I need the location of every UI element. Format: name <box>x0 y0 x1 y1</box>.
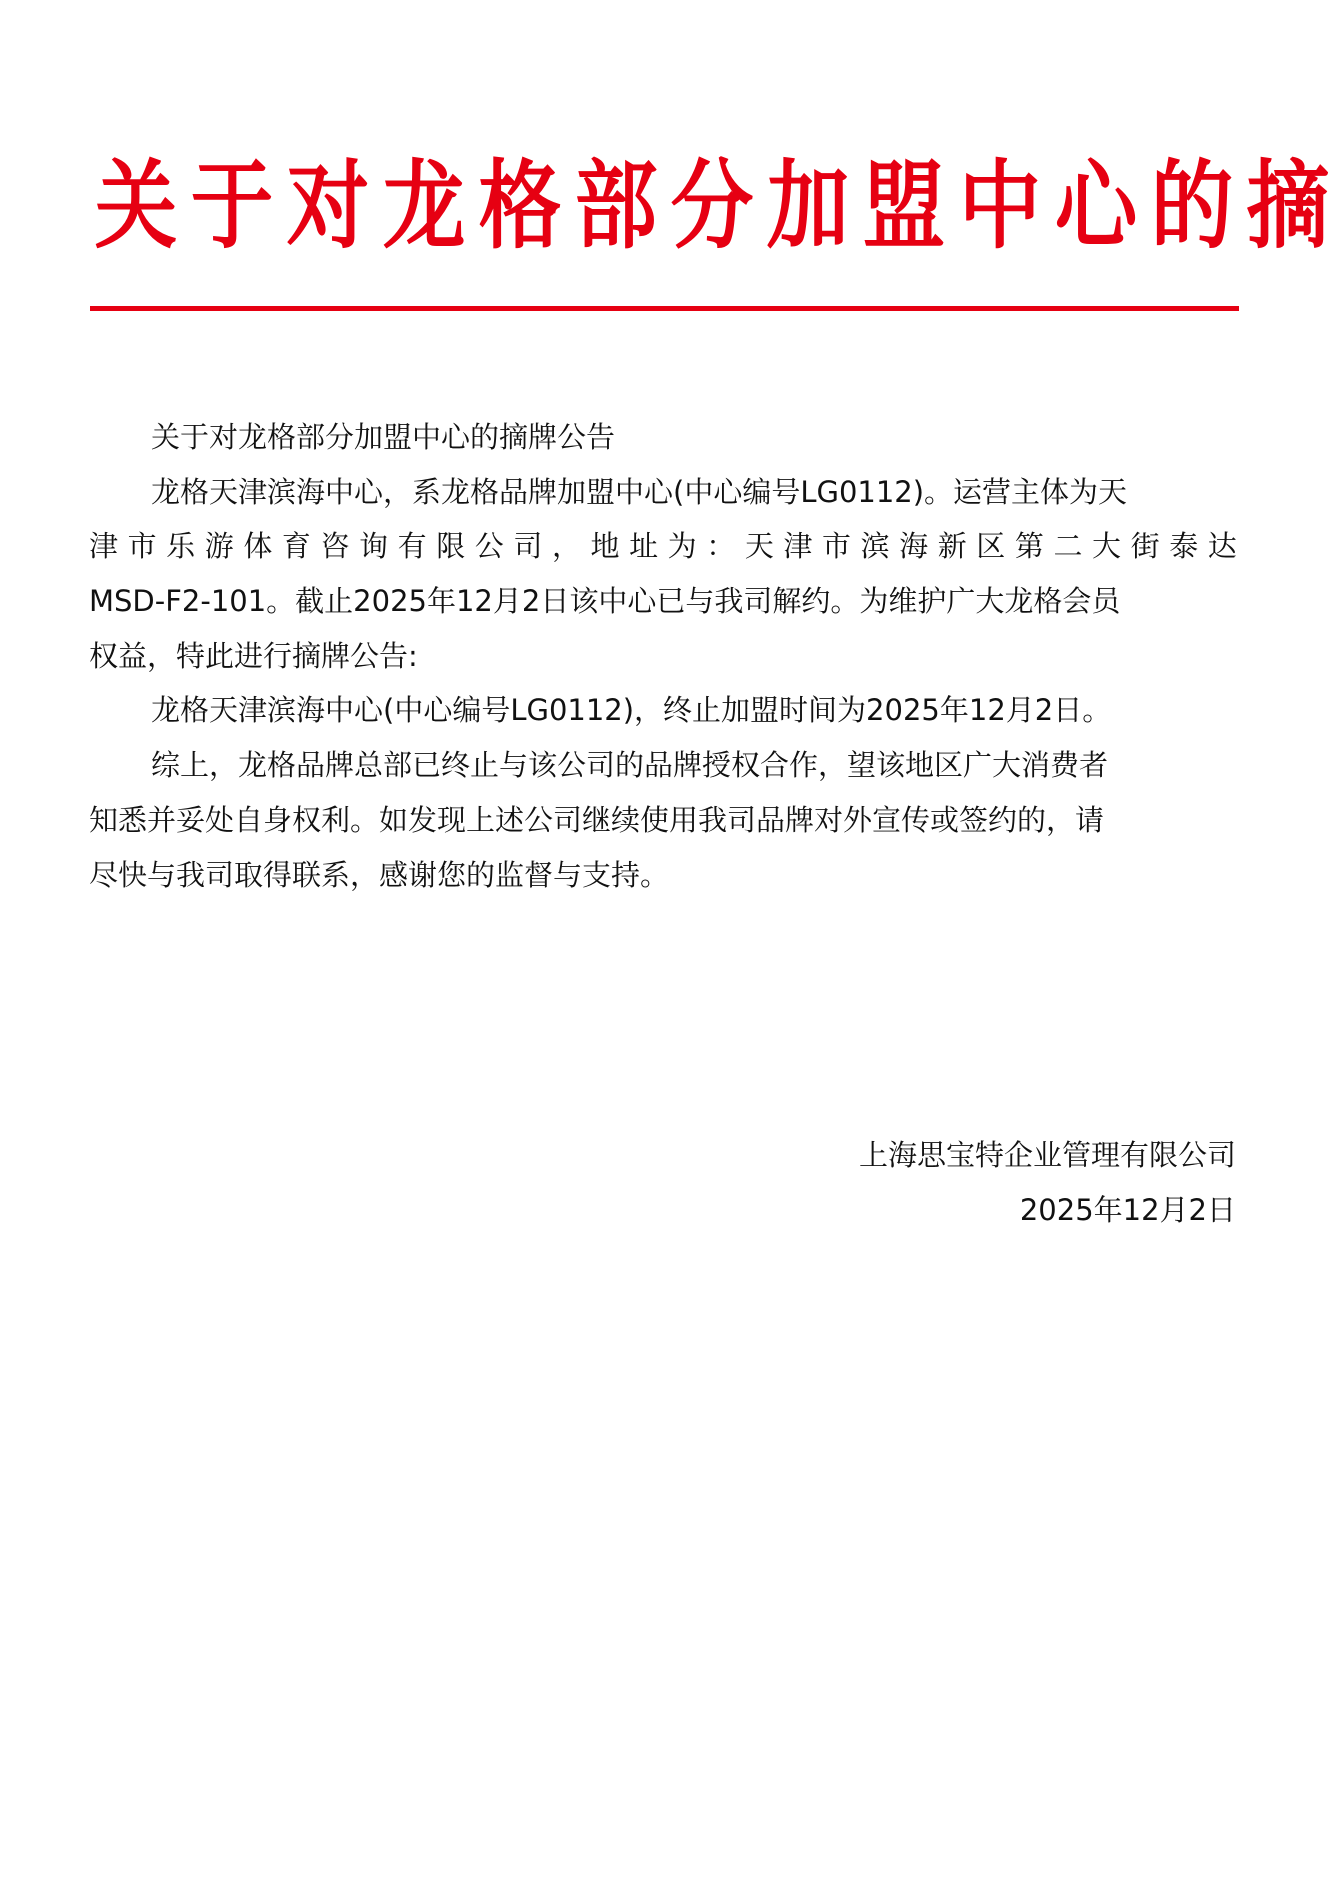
title-char: 分 <box>671 150 754 262</box>
title-char: 关 <box>95 150 178 262</box>
signature-date: 2025年12月2日 <box>859 1183 1236 1238</box>
title-char: 于 <box>191 150 274 262</box>
title-char: 摘 <box>1247 150 1330 262</box>
body-line: 权益，特此进行摘牌公告: <box>89 629 1237 684</box>
title-char: 部 <box>575 150 658 262</box>
title-char: 龙 <box>383 150 466 262</box>
title-char: 加 <box>767 150 850 262</box>
signature-block: 上海思宝特企业管理有限公司 2025年12月2日 <box>859 1128 1236 1238</box>
title-char: 中 <box>959 150 1042 262</box>
body-line: 龙格天津滨海中心，系龙格品牌加盟中心(中心编号LG0112)。运营主体为天 <box>89 465 1237 520</box>
title-divider <box>90 306 1239 311</box>
body-line: 知悉并妥处自身权利。如发现上述公司继续使用我司品牌对外宣传或签约的，请 <box>89 793 1237 848</box>
announcement-body: 关于对龙格部分加盟中心的摘牌公告 龙格天津滨海中心，系龙格品牌加盟中心(中心编号… <box>89 410 1237 902</box>
title-char: 格 <box>479 150 562 262</box>
body-line: 尽快与我司取得联系，感谢您的监督与支持。 <box>89 848 1237 903</box>
title-char: 心 <box>1055 150 1138 262</box>
body-line: 综上，龙格品牌总部已终止与该公司的品牌授权合作，望该地区广大消费者 <box>89 738 1237 793</box>
body-notice-line: 龙格天津滨海中心(中心编号LG0112)，终止加盟时间为2025年12月2日。 <box>89 683 1237 738</box>
signature-company: 上海思宝特企业管理有限公司 <box>859 1128 1236 1183</box>
title-char: 盟 <box>863 150 946 262</box>
title-char: 的 <box>1151 150 1234 262</box>
body-subject-line: 关于对龙格部分加盟中心的摘牌公告 <box>89 410 1237 465</box>
body-line: MSD-F2-101。截止2025年12月2日该中心已与我司解约。为维护广大龙格… <box>89 574 1237 629</box>
title-char: 对 <box>287 150 370 262</box>
announcement-title: 关于对龙格部分加盟中心的摘牌公告 <box>88 150 1238 262</box>
body-line-address: 津市乐游体育咨询有限公司，地址为：天津市滨海新区第二大街泰达 <box>89 519 1237 574</box>
